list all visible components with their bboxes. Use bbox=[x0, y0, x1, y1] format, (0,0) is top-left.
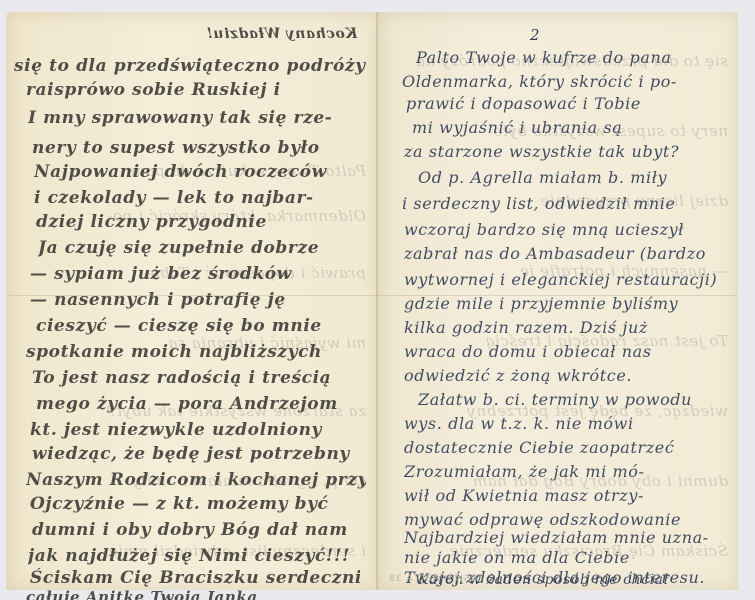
letter-line: prawić i dopasować i Tobie bbox=[406, 94, 726, 113]
letter-line: Najbardziej wiedziałam mnie uzna- bbox=[404, 528, 734, 547]
letter-line: dziej liczny przygodnie bbox=[36, 212, 366, 232]
letter-line: Najpowaniej dwóch roczeców bbox=[34, 162, 364, 182]
letter-line: dumni i oby dobry Bóg dał nam bbox=[32, 520, 372, 540]
letter-line: cieszyć — cieszę się bo mnie bbox=[36, 316, 371, 336]
letter-line: mi wyjaśnić i ubrania są bbox=[412, 118, 722, 137]
letter-line: za starzone wszystkie tak ubyt? bbox=[404, 142, 704, 161]
page-number: 2 bbox=[530, 26, 540, 44]
letter-line: i czekolady — lek to najbar- bbox=[34, 188, 369, 208]
letter-line: wczoraj bardzo się mną ucieszył bbox=[404, 220, 734, 239]
letter-line: Od p. Agrella miałam b. miły bbox=[418, 168, 728, 187]
letter-line: odwiedzić z żoną wkrótce. bbox=[404, 366, 714, 385]
left-page: Palto Twoje w kufrze do pana Oldenmarka,… bbox=[6, 12, 378, 590]
letter-line: wił od Kwietnia masz otrzy- bbox=[404, 486, 734, 505]
letter-line: Załatw b. ci. terminy w powodu bbox=[418, 390, 728, 409]
letter-line: kilka godzin razem. Dziś już bbox=[404, 318, 734, 337]
letter-line: wraca do domu i obiecał nas bbox=[404, 342, 734, 361]
letter-line: i serdeczny list, odwiedził mnie bbox=[402, 194, 732, 213]
letter-line: — nasennych i potrafię ję bbox=[30, 290, 365, 310]
letter-line: wiedząc, że będę jest potrzebny bbox=[32, 444, 372, 464]
letter-line: wys. dla w t.z. k. nie mówi bbox=[404, 414, 714, 433]
letter-line: Ojczyźnie — z kt. możemy być bbox=[30, 494, 350, 514]
letter-line: I mny sprawowany tak się rze- bbox=[28, 108, 368, 128]
letter-line: Zrozumiałam, że jak mi mó- bbox=[404, 462, 734, 481]
letter-line: spotkanie moich najbliższych bbox=[26, 342, 371, 362]
letter-line: mywać odprawę odszkodowanie bbox=[404, 510, 734, 529]
mirrored-salutation: Kochany Władziu! bbox=[206, 26, 357, 42]
letter-line: nery to supest wszystko było bbox=[32, 138, 372, 158]
archive-stamp: NSJOH-AHO A 38 bbox=[388, 574, 477, 584]
letter-line: dostatecznie Ciebie zaopatrzeć bbox=[404, 438, 734, 457]
letter-line: Ściskam Cię Braciszku serdecznie bbox=[30, 568, 360, 588]
letter-line: kt. jest niezwykle uzdolniony bbox=[30, 420, 370, 440]
horizontal-crease bbox=[6, 295, 738, 296]
letter-line: Naszym Rodzicom i kochanej przy bbox=[26, 470, 366, 490]
letter-line: jak najdłużej się Nimi cieszyć!!! bbox=[28, 546, 368, 566]
letter-line: — sypiam już bez środków bbox=[30, 264, 350, 284]
right-page: się to dla przedświąteczno podróży na ne… bbox=[378, 12, 738, 590]
signature-line: całuję Anitkę Twoja Janka bbox=[26, 588, 366, 600]
letter-line: Ja czuję się zupełnie dobrze bbox=[38, 238, 368, 258]
letter-line: zabrał nas do Ambasadeur (bardzo bbox=[404, 244, 734, 263]
letter-line: To jest nasz radością i treścią bbox=[32, 368, 367, 388]
letter-line: Palto Twoje w kufrze do pana bbox=[416, 48, 726, 67]
letter-line: mego życia — pora Andrzejom bbox=[36, 394, 371, 414]
letter-line: raisprówo sobie Ruskiej i bbox=[26, 80, 316, 100]
letter-line: gdzie mile i przyjemnie byliśmy bbox=[404, 294, 734, 313]
letter-line: się to dla przedświąteczno podróży na bbox=[14, 56, 369, 76]
letter-line: wytwornej i eleganckiej restauracji) bbox=[404, 270, 734, 289]
letter-line: Oldenmarka, który skrócić i po- bbox=[402, 72, 732, 91]
